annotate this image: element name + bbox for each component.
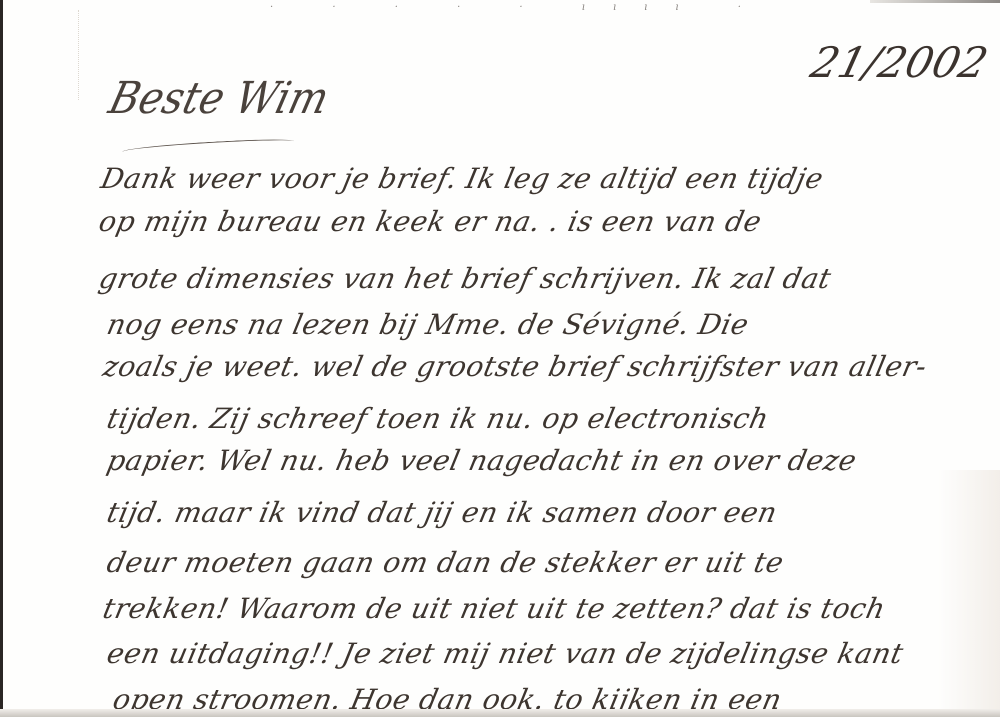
paper-fold-shadow [938,470,1000,710]
scan-top-edge [870,0,1000,3]
letter-line: trekken! Waarom de uit niet uit te zette… [100,592,889,625]
letter-salutation: Beste Wim [104,73,334,124]
letter-line: nog eens na lezen bij Mme. de Sévigné. D… [104,308,752,341]
letter-line: tijd. maar ik vind dat jij en ik samen d… [104,496,780,529]
letter-line: deur moeten gaan om dan de stekker er ui… [104,546,787,579]
scan-left-edge [0,0,3,717]
salutation-underline [122,138,294,156]
letter-date: 21/2002 [806,38,993,87]
letter-line: een uitdaging!! Je ziet mij niet van de … [104,637,906,670]
letter-line: Dank weer voor je brief. Ik leg ze altij… [98,162,826,195]
scanned-letter-page: · · · · · ıııı · Beste Wim 21/2002 Dank … [0,0,1000,717]
letter-line: tijden. Zij schreef toen ik nu. op elect… [104,402,772,435]
letter-line: op mijn bureau en keek er na. . is een v… [96,205,765,238]
letter-line: grote dimensies van het brief schrijven.… [96,262,834,295]
ink-bleed-marks: · · · · · ıııı · [270,2,769,13]
letter-line: zoals je weet. wel de grootste brief sch… [100,350,930,383]
letter-line: papier. Wel nu. heb veel nagedacht in en… [104,444,860,477]
scan-bottom-edge [0,709,1000,717]
margin-speckle [78,10,81,100]
